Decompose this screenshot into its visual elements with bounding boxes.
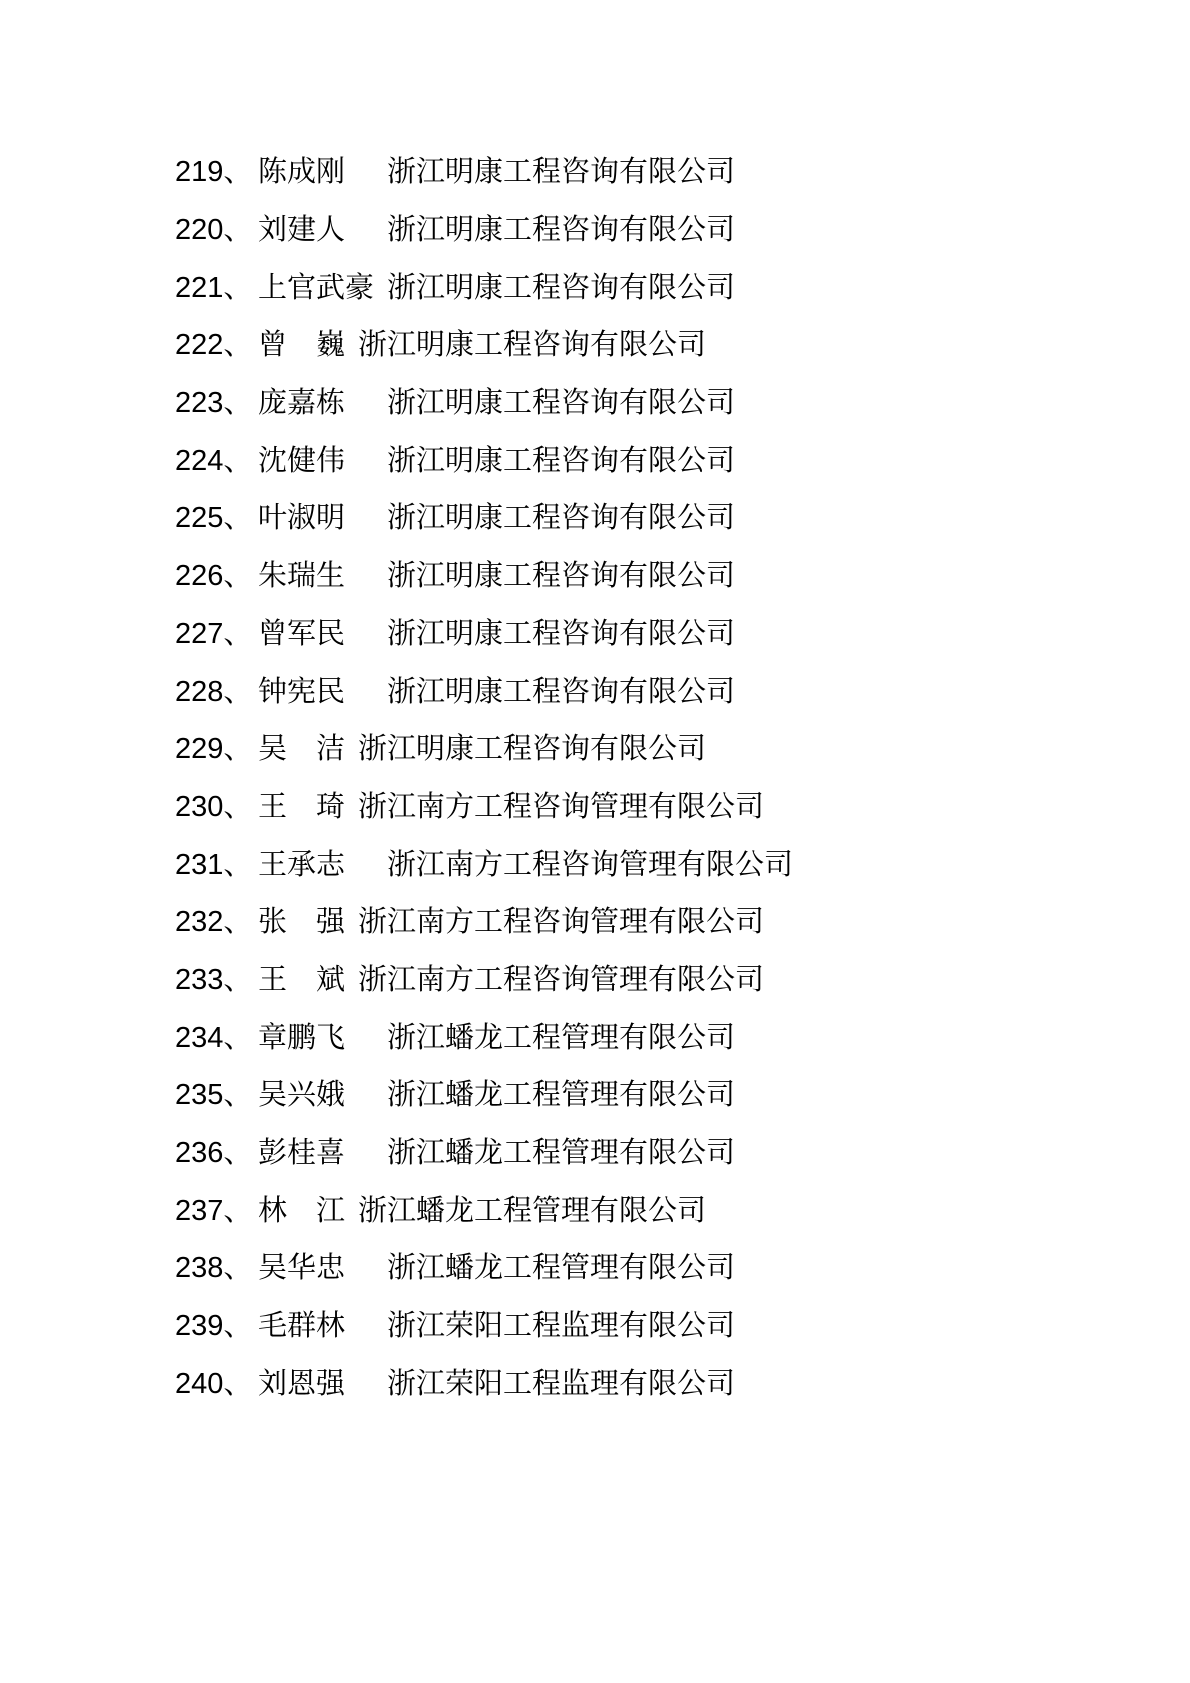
list-item: 240、 刘恩强 浙江荣阳工程监理有限公司 (175, 1355, 1150, 1413)
list-item: 233、 王 斌 浙江南方工程咨询管理有限公司 (175, 952, 1150, 1010)
person-name: 吴华忠 (258, 1254, 387, 1283)
item-number: 236、 (175, 1139, 258, 1168)
company-name: 浙江明康工程咨询有限公司 (387, 216, 735, 245)
list-item: 220、 刘建人 浙江明康工程咨询有限公司 (175, 202, 1150, 260)
person-name: 章鹏飞 (258, 1024, 387, 1053)
person-name: 吴 洁 (258, 735, 345, 764)
document-page: 219、 陈成刚 浙江明康工程咨询有限公司 220、 刘建人 浙江明康工程咨询有… (0, 0, 1190, 1683)
list-item: 219、 陈成刚 浙江明康工程咨询有限公司 (175, 144, 1150, 202)
list-item: 226、 朱瑞生 浙江明康工程咨询有限公司 (175, 548, 1150, 606)
company-name: 浙江南方工程咨询管理有限公司 (387, 851, 793, 880)
list-item: 227、 曾军民 浙江明康工程咨询有限公司 (175, 606, 1150, 664)
list-item: 228、 钟宪民 浙江明康工程咨询有限公司 (175, 663, 1150, 721)
person-name: 林 江 (258, 1197, 345, 1226)
person-name: 王 琦 (258, 793, 345, 822)
item-number: 239、 (175, 1312, 258, 1341)
person-name: 王承志 (258, 851, 387, 880)
company-name: 浙江南方工程咨询管理有限公司 (358, 966, 764, 995)
item-number: 229、 (175, 735, 258, 764)
company-name: 浙江明康工程咨询有限公司 (387, 678, 735, 707)
company-name: 浙江明康工程咨询有限公司 (387, 562, 735, 591)
company-name: 浙江南方工程咨询管理有限公司 (358, 793, 764, 822)
company-name: 浙江明康工程咨询有限公司 (387, 158, 735, 187)
list-item: 229、 吴 洁 浙江明康工程咨询有限公司 (175, 721, 1150, 779)
item-number: 226、 (175, 562, 258, 591)
list-item: 236、 彭桂喜 浙江蟠龙工程管理有限公司 (175, 1125, 1150, 1183)
company-name: 浙江明康工程咨询有限公司 (358, 735, 706, 764)
item-number: 240、 (175, 1370, 258, 1399)
item-number: 227、 (175, 620, 258, 649)
item-number: 238、 (175, 1254, 258, 1283)
company-name: 浙江明康工程咨询有限公司 (387, 389, 735, 418)
company-name: 浙江明康工程咨询有限公司 (387, 504, 735, 533)
item-number: 219、 (175, 158, 258, 187)
company-name: 浙江荣阳工程监理有限公司 (387, 1312, 735, 1341)
list-item: 235、 吴兴娥 浙江蟠龙工程管理有限公司 (175, 1067, 1150, 1125)
item-number: 223、 (175, 389, 258, 418)
item-number: 221、 (175, 274, 258, 303)
company-name: 浙江蟠龙工程管理有限公司 (387, 1139, 735, 1168)
person-name: 王 斌 (258, 966, 345, 995)
company-name: 浙江蟠龙工程管理有限公司 (387, 1024, 735, 1053)
person-name: 陈成刚 (258, 158, 387, 187)
list-item: 222、 曾 巍 浙江明康工程咨询有限公司 (175, 317, 1150, 375)
company-name: 浙江蟠龙工程管理有限公司 (358, 1197, 706, 1226)
person-name: 上官武豪 (258, 274, 374, 303)
person-name: 曾军民 (258, 620, 387, 649)
item-number: 220、 (175, 216, 258, 245)
list-item: 232、 张 强 浙江南方工程咨询管理有限公司 (175, 894, 1150, 952)
company-name: 浙江蟠龙工程管理有限公司 (387, 1254, 735, 1283)
item-number: 232、 (175, 908, 258, 937)
person-name: 沈健伟 (258, 447, 387, 476)
item-number: 224、 (175, 447, 258, 476)
company-name: 浙江蟠龙工程管理有限公司 (387, 1081, 735, 1110)
item-number: 222、 (175, 331, 258, 360)
list-item: 234、 章鹏飞 浙江蟠龙工程管理有限公司 (175, 1009, 1150, 1067)
list-item: 238、 吴华忠 浙江蟠龙工程管理有限公司 (175, 1240, 1150, 1298)
list-item: 223、 庞嘉栋 浙江明康工程咨询有限公司 (175, 375, 1150, 433)
person-name: 叶淑明 (258, 504, 387, 533)
person-name: 毛群林 (258, 1312, 387, 1341)
item-number: 230、 (175, 793, 258, 822)
company-name: 浙江明康工程咨询有限公司 (387, 620, 735, 649)
list-item: 237、 林 江 浙江蟠龙工程管理有限公司 (175, 1182, 1150, 1240)
item-number: 231、 (175, 851, 258, 880)
list-item: 224、 沈健伟 浙江明康工程咨询有限公司 (175, 432, 1150, 490)
item-number: 225、 (175, 504, 258, 533)
company-name: 浙江明康工程咨询有限公司 (387, 447, 735, 476)
member-list: 219、 陈成刚 浙江明康工程咨询有限公司 220、 刘建人 浙江明康工程咨询有… (175, 144, 1150, 1413)
item-number: 234、 (175, 1024, 258, 1053)
list-item: 225、 叶淑明 浙江明康工程咨询有限公司 (175, 490, 1150, 548)
person-name: 朱瑞生 (258, 562, 387, 591)
list-item: 239、 毛群林 浙江荣阳工程监理有限公司 (175, 1298, 1150, 1356)
person-name: 钟宪民 (258, 678, 387, 707)
item-number: 228、 (175, 678, 258, 707)
item-number: 233、 (175, 966, 258, 995)
person-name: 庞嘉栋 (258, 389, 387, 418)
person-name: 刘建人 (258, 216, 387, 245)
company-name: 浙江明康工程咨询有限公司 (387, 274, 735, 303)
person-name: 彭桂喜 (258, 1139, 387, 1168)
person-name: 张 强 (258, 908, 345, 937)
company-name: 浙江明康工程咨询有限公司 (358, 331, 706, 360)
list-item: 230、 王 琦 浙江南方工程咨询管理有限公司 (175, 779, 1150, 837)
item-number: 237、 (175, 1197, 258, 1226)
list-item: 221、 上官武豪 浙江明康工程咨询有限公司 (175, 259, 1150, 317)
person-name: 刘恩强 (258, 1370, 387, 1399)
company-name: 浙江荣阳工程监理有限公司 (387, 1370, 735, 1399)
person-name: 吴兴娥 (258, 1081, 387, 1110)
item-number: 235、 (175, 1081, 258, 1110)
person-name: 曾 巍 (258, 331, 345, 360)
list-item: 231、 王承志 浙江南方工程咨询管理有限公司 (175, 836, 1150, 894)
company-name: 浙江南方工程咨询管理有限公司 (358, 908, 764, 937)
